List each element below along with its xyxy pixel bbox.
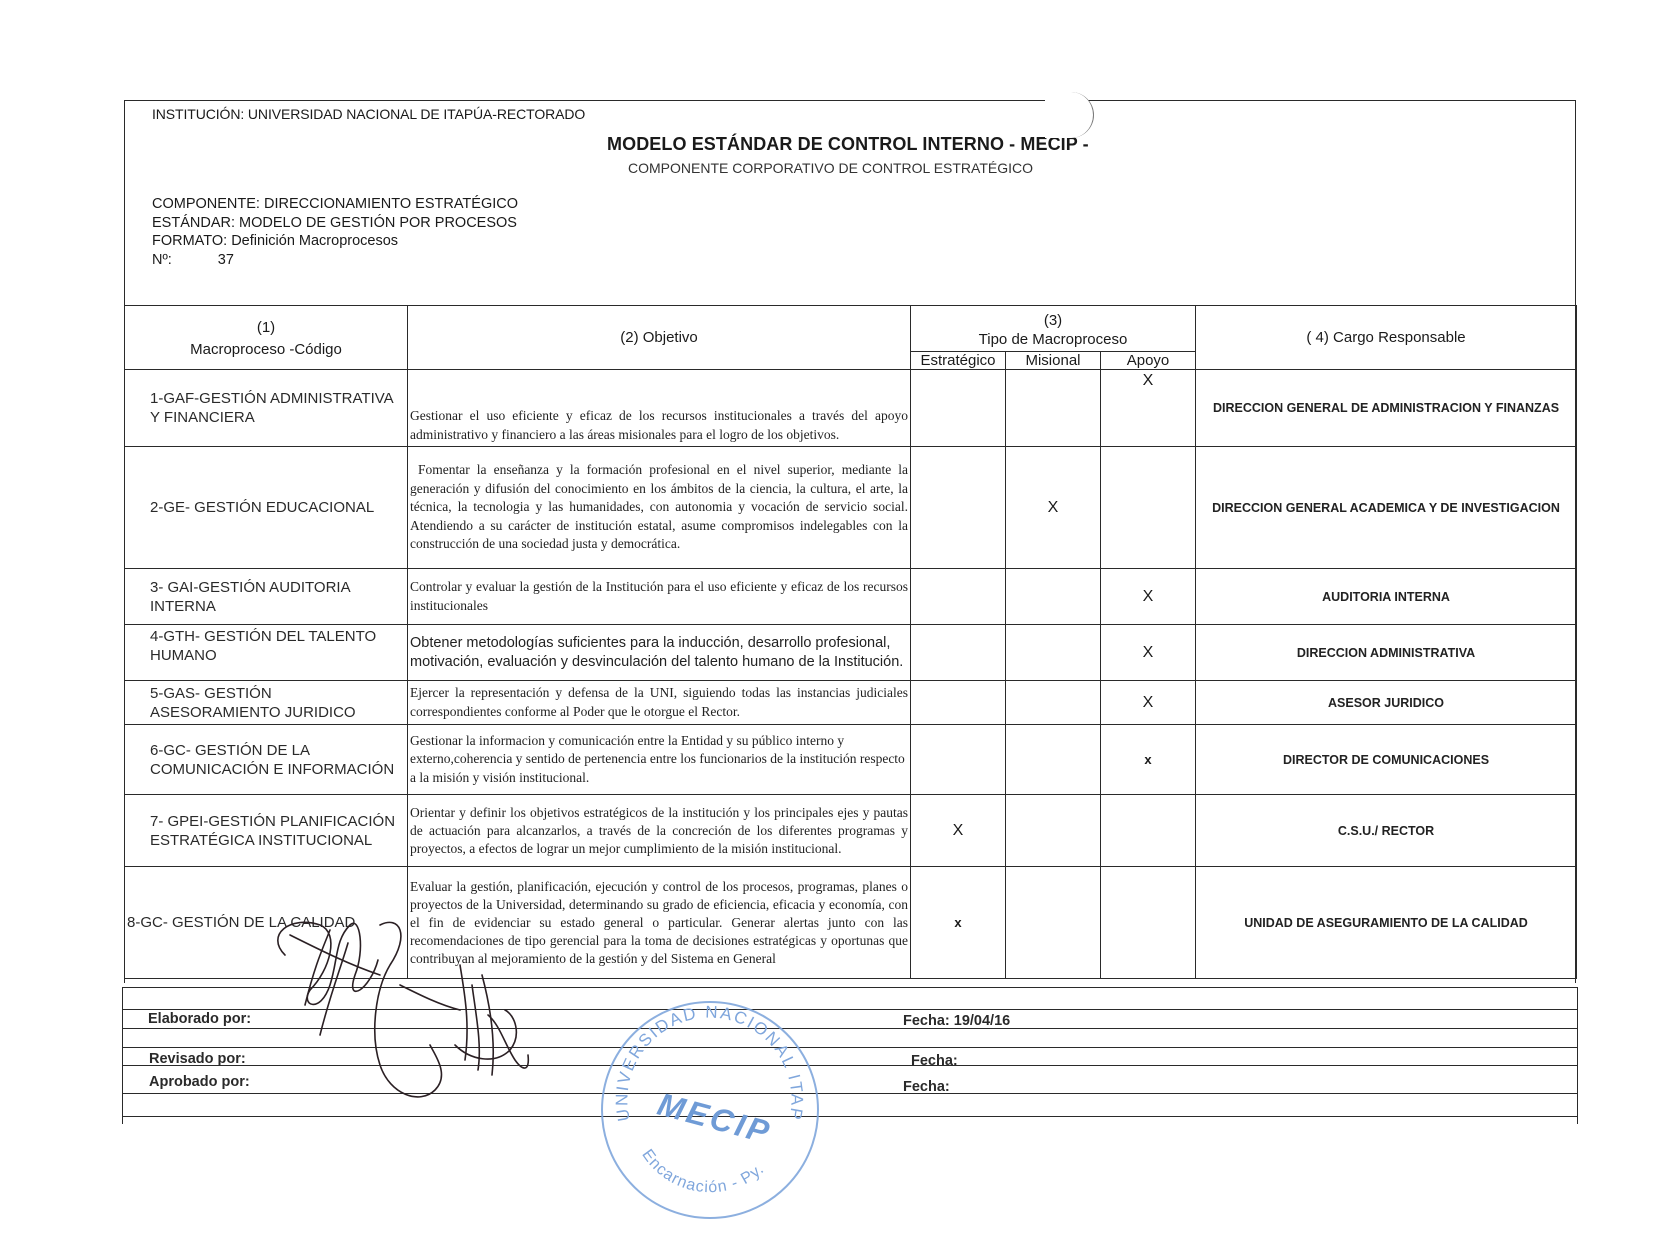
table-row: 1-GAF-GESTIÓN ADMINISTRATIVA Y FINANCIER… bbox=[125, 370, 1577, 447]
header-apoyo: Apoyo bbox=[1101, 352, 1196, 370]
objetivo-cell: Ejercer la representación y defensa de l… bbox=[408, 681, 911, 725]
responsable-cell: AUDITORIA INTERNA bbox=[1196, 569, 1577, 625]
estandar-label: ESTÁNDAR: MODELO DE GESTIÓN POR PROCESOS bbox=[152, 214, 518, 233]
apoyo-cell: X bbox=[1101, 681, 1196, 725]
estrategico-cell: x bbox=[911, 867, 1006, 979]
document-title: MODELO ESTÁNDAR DE CONTROL INTERNO - MEC… bbox=[607, 134, 1089, 155]
macroproceso-cell: 3- GAI-GESTIÓN AUDITORIA INTERNA bbox=[125, 569, 408, 625]
header-tipo-macroproceso: (3) Tipo de Macroproceso bbox=[911, 306, 1196, 352]
macroproceso-cell: 6-GC- GESTIÓN DE LA COMUNICACIÓN E INFOR… bbox=[125, 725, 408, 795]
objetivo-cell: Orientar y definir los objetivos estraté… bbox=[408, 795, 911, 867]
responsable-cell: DIRECCION GENERAL DE ADMINISTRACION Y FI… bbox=[1196, 370, 1577, 447]
numero-label: Nº: bbox=[152, 252, 172, 268]
objetivo-cell: Controlar y evaluar la gestión de la Ins… bbox=[408, 569, 911, 625]
formato-label: FORMATO: Definición Macroprocesos bbox=[152, 232, 518, 251]
objetivo-cell: Gestionar la informacion y comunicación … bbox=[408, 725, 911, 795]
table-row: 6-GC- GESTIÓN DE LA COMUNICACIÓN E INFOR… bbox=[125, 725, 1577, 795]
estrategico-cell bbox=[911, 447, 1006, 569]
fecha-elaborado: Fecha: 19/04/16 bbox=[903, 1013, 1010, 1029]
stamp-bottom-text: Encarnación - Py. bbox=[638, 1146, 767, 1196]
fecha-revisado: Fecha: bbox=[911, 1053, 958, 1069]
estrategico-cell bbox=[911, 725, 1006, 795]
responsable-cell: ASESOR JURIDICO bbox=[1196, 681, 1577, 725]
macroproceso-cell: 1-GAF-GESTIÓN ADMINISTRATIVA Y FINANCIER… bbox=[125, 370, 408, 447]
macroproceso-cell: 5-GAS- GESTIÓN ASESORAMIENTO JURIDICO bbox=[125, 681, 408, 725]
revisado-label: Revisado por: bbox=[149, 1051, 246, 1067]
mecip-stamp: UNIVERSIDAD NACIONAL ITAPUA MECIP Encarn… bbox=[590, 990, 830, 1230]
componente-label: COMPONENTE: DIRECCIONAMIENTO ESTRATÉGICO bbox=[152, 195, 518, 214]
misional-cell bbox=[1006, 681, 1101, 725]
header-cargo-responsable: ( 4) Cargo Responsable bbox=[1196, 306, 1577, 370]
header-estrategico: Estratégico bbox=[911, 352, 1006, 370]
table-row: 3- GAI-GESTIÓN AUDITORIA INTERNA Control… bbox=[125, 569, 1577, 625]
misional-cell bbox=[1006, 569, 1101, 625]
table-row: 7- GPEI-GESTIÓN PLANIFICACIÓN ESTRATÉGIC… bbox=[125, 795, 1577, 867]
misional-cell bbox=[1006, 725, 1101, 795]
stamp-center-text: MECIP bbox=[654, 1086, 776, 1151]
fecha-aprobado: Fecha: bbox=[903, 1079, 950, 1095]
estrategico-cell bbox=[911, 681, 1006, 725]
misional-cell bbox=[1006, 370, 1101, 447]
misional-cell bbox=[1006, 625, 1101, 681]
header-objetivo: (2) Objetivo bbox=[408, 306, 911, 370]
apoyo-cell: X bbox=[1101, 370, 1196, 447]
apoyo-cell: X bbox=[1101, 625, 1196, 681]
document-subtitle: COMPONENTE CORPORATIVO DE CONTROL ESTRAT… bbox=[628, 160, 1033, 176]
document-page: INSTITUCIÓN: UNIVERSIDAD NACIONAL DE ITA… bbox=[0, 0, 1676, 1252]
macroproceso-cell: 2-GE- GESTIÓN EDUCACIONAL bbox=[125, 447, 408, 569]
responsable-cell: DIRECCION ADMINISTRATIVA bbox=[1196, 625, 1577, 681]
form-metadata: COMPONENTE: DIRECCIONAMIENTO ESTRATÉGICO… bbox=[152, 195, 518, 269]
numero-line: Nº:37 bbox=[152, 251, 518, 270]
institution-label: INSTITUCIÓN: UNIVERSIDAD NACIONAL DE ITA… bbox=[152, 106, 585, 122]
numero-value: 37 bbox=[218, 251, 234, 270]
macroproceso-cell: 4-GTH- GESTIÓN DEL TALENTO HUMANO bbox=[125, 625, 408, 681]
apoyo-cell: x bbox=[1101, 725, 1196, 795]
apoyo-cell: X bbox=[1101, 569, 1196, 625]
objetivo-cell: Fomentar la enseñanza y la formación pro… bbox=[408, 447, 911, 569]
responsable-cell: DIRECTOR DE COMUNICACIONES bbox=[1196, 725, 1577, 795]
elaborado-label: Elaborado por: bbox=[148, 1011, 251, 1027]
objetivo-cell: Gestionar el uso eficiente y eficaz de l… bbox=[408, 370, 911, 447]
svg-text:Encarnación - Py.: Encarnación - Py. bbox=[638, 1146, 767, 1196]
macroprocesos-table: (1) Macroproceso -Código (2) Objetivo (3… bbox=[124, 305, 1577, 979]
apoyo-cell bbox=[1101, 447, 1196, 569]
responsable-cell: C.S.U./ RECTOR bbox=[1196, 795, 1577, 867]
table-row: 2-GE- GESTIÓN EDUCACIONAL Fomentar la en… bbox=[125, 447, 1577, 569]
signature-mark bbox=[260, 895, 580, 1135]
responsable-cell: DIRECCION GENERAL ACADEMICA Y DE INVESTI… bbox=[1196, 447, 1577, 569]
objetivo-cell: Obtener metodologías suficientes para la… bbox=[408, 625, 911, 681]
responsable-cell: UNIDAD DE ASEGURAMIENTO DE LA CALIDAD bbox=[1196, 867, 1577, 979]
misional-cell: X bbox=[1006, 447, 1101, 569]
apoyo-cell bbox=[1101, 867, 1196, 979]
misional-cell bbox=[1006, 795, 1101, 867]
table-row: 4-GTH- GESTIÓN DEL TALENTO HUMANO Obtene… bbox=[125, 625, 1577, 681]
estrategico-cell bbox=[911, 569, 1006, 625]
aprobado-label: Aprobado por: bbox=[149, 1074, 250, 1090]
apoyo-cell bbox=[1101, 795, 1196, 867]
header-macroproceso: (1) Macroproceso -Código bbox=[125, 306, 408, 370]
macroproceso-cell: 7- GPEI-GESTIÓN PLANIFICACIÓN ESTRATÉGIC… bbox=[125, 795, 408, 867]
estrategico-cell bbox=[911, 370, 1006, 447]
misional-cell bbox=[1006, 867, 1101, 979]
table-row: 5-GAS- GESTIÓN ASESORAMIENTO JURIDICO Ej… bbox=[125, 681, 1577, 725]
estrategico-cell: X bbox=[911, 795, 1006, 867]
header-misional: Misional bbox=[1006, 352, 1101, 370]
estrategico-cell bbox=[911, 625, 1006, 681]
scan-smudge bbox=[1045, 92, 1094, 138]
